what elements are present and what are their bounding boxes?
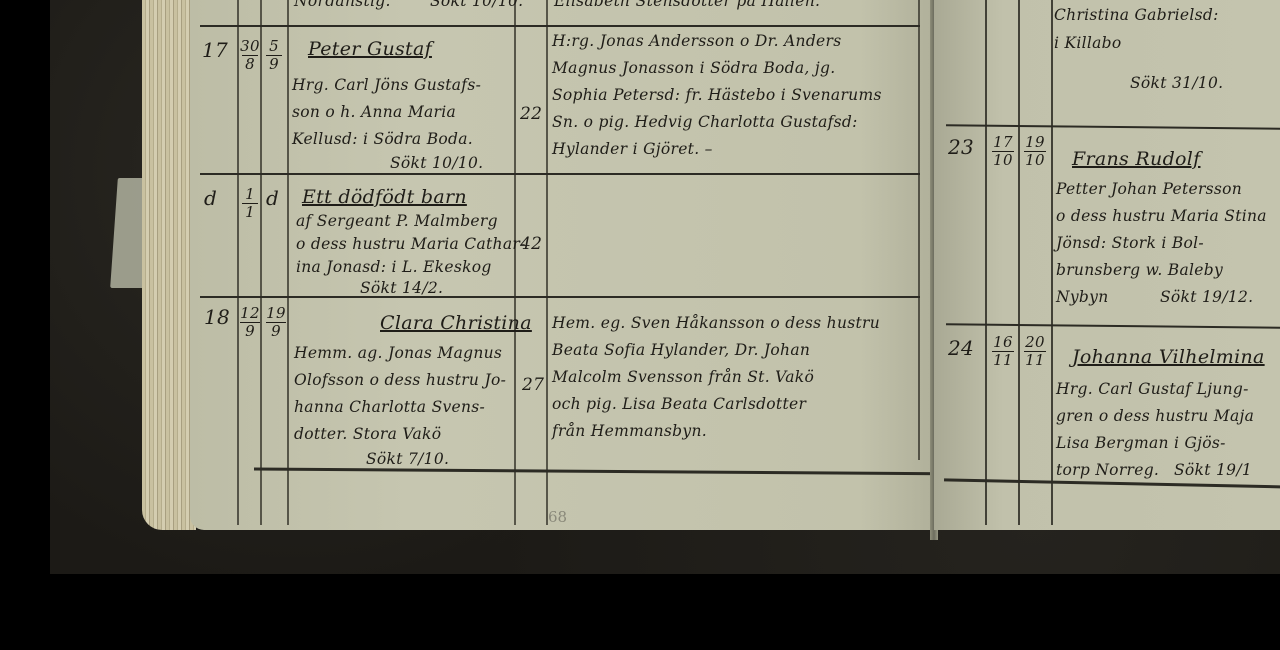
baptism-date: 199 xyxy=(264,305,288,340)
column-rule xyxy=(260,0,262,525)
child-name: Clara Christina xyxy=(380,312,532,334)
column-rule xyxy=(918,0,920,460)
baptism-date: 1910 xyxy=(1022,134,1048,169)
birth-date: 308 xyxy=(240,38,260,73)
parents-line: Olofsson o dess hustru Jo- xyxy=(294,367,506,394)
row-divider xyxy=(200,25,920,27)
parents-line: Kellusd: i Södra Boda. xyxy=(292,126,473,153)
child-name: Frans Rudolf xyxy=(1072,148,1200,170)
parents-line: hanna Charlotta Svens- xyxy=(294,394,485,421)
witness-line: från Hemmansbyn. xyxy=(552,418,707,445)
child-name: Peter Gustaf xyxy=(308,38,432,60)
witness-line: Sn. o pig. Hedvig Charlotta Gustafsd: xyxy=(552,109,858,136)
entry-number: d xyxy=(204,186,217,210)
parents-line: torp Norreg. xyxy=(1056,457,1159,484)
row-divider xyxy=(946,323,1280,329)
page-edges xyxy=(142,0,196,530)
witness-line: Beata Sofia Hylander, Dr. Johan xyxy=(552,337,810,364)
column-rule xyxy=(1018,0,1020,525)
column-rule xyxy=(985,0,987,525)
birth-date: 11 xyxy=(240,186,260,221)
row-divider xyxy=(200,296,920,298)
witness-line: Hylander i Gjöret. – xyxy=(552,136,713,163)
row-divider xyxy=(254,467,974,475)
baptism-date: 2011 xyxy=(1022,334,1048,369)
birth-date: 129 xyxy=(238,305,262,340)
carryover-recorded: Sökt 10/10. xyxy=(430,0,523,15)
parents-line: Jönsd: Stork i Bol- xyxy=(1056,230,1204,257)
parents-line: Hrg. Carl Jöns Gustafs- xyxy=(292,72,481,99)
parents-line: gren o dess hustru Maja xyxy=(1056,403,1254,430)
row-divider xyxy=(200,173,920,175)
parents-line: Lisa Bergman i Gjös- xyxy=(1056,430,1226,457)
carryover-place: Nordanstig. xyxy=(294,0,391,15)
entry-number: 23 xyxy=(948,135,974,159)
recorded-note: Sökt 19/1 xyxy=(1174,457,1252,484)
child-name: Ett dödfödt barn xyxy=(302,186,467,208)
mother-age: 22 xyxy=(520,104,542,124)
entry-number: 18 xyxy=(204,305,230,329)
carryover-parents: Elisabeth Stensdotter på Hallen. xyxy=(554,0,820,15)
parents-line: son o h. Anna Maria xyxy=(292,99,456,126)
parents-line: brunsberg w. Baleby xyxy=(1056,257,1223,284)
column-rule xyxy=(237,0,239,525)
witness-line: H:rg. Jonas Andersson o Dr. Anders xyxy=(552,28,842,55)
carryover-parents: Christina Gabrielsd: xyxy=(1054,2,1219,29)
row-divider xyxy=(946,124,1280,130)
carryover-parents: i Killabo xyxy=(1054,30,1122,57)
left-page: Nordanstig. Sökt 10/10. Elisabeth Stensd… xyxy=(190,0,934,530)
column-rule xyxy=(1051,0,1053,525)
mother-age: 27 xyxy=(522,375,544,395)
witness-line: Sophia Petersd: fr. Hästebo i Svenarums xyxy=(552,82,882,109)
parents-line: o dess hustru Maria Stina xyxy=(1056,203,1267,230)
recorded-note: Sökt 19/12. xyxy=(1160,284,1253,311)
birth-date: 1611 xyxy=(990,334,1016,369)
page-number: 68 xyxy=(548,508,567,526)
mother-age: 42 xyxy=(520,234,542,254)
parents-line: dotter. Stora Vakö xyxy=(294,421,441,448)
birth-date: 1710 xyxy=(990,134,1016,169)
witness-line: Magnus Jonasson i Södra Boda, jg. xyxy=(552,55,835,82)
baptism-date: 59 xyxy=(264,38,284,73)
parents-line: Hrg. Carl Gustaf Ljung- xyxy=(1056,376,1249,403)
document-viewer: Nordanstig. Sökt 10/10. Elisabeth Stensd… xyxy=(50,0,1280,574)
column-rule xyxy=(287,0,289,525)
witness-line: Hem. eg. Sven Håkansson o dess hustru xyxy=(552,310,880,337)
right-page: Christina Gabrielsd: i Killabo Sökt 31/1… xyxy=(934,0,1280,530)
parents-line: Petter Johan Petersson xyxy=(1056,176,1242,203)
recorded-note: Sökt 31/10. xyxy=(1130,70,1223,97)
entry-number: 24 xyxy=(948,336,974,360)
parents-line: Hemm. ag. Jonas Magnus xyxy=(294,340,502,367)
parents-line: Nybyn xyxy=(1056,284,1108,311)
child-name: Johanna Vilhelmina xyxy=(1072,346,1265,368)
baptism-date: d xyxy=(266,186,279,210)
column-rule xyxy=(514,0,516,525)
entry-number: 17 xyxy=(202,38,228,62)
witness-line: Malcolm Svensson från St. Vakö xyxy=(552,364,814,391)
column-rule xyxy=(546,0,548,525)
witness-line: och pig. Lisa Beata Carlsdotter xyxy=(552,391,806,418)
